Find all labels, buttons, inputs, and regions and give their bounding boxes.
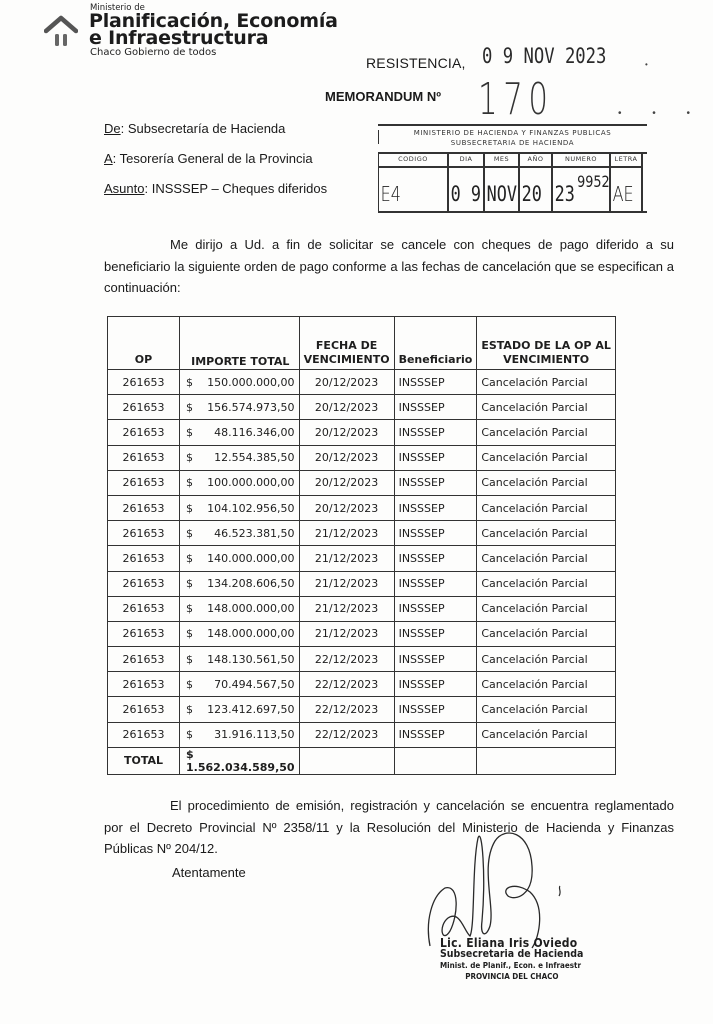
- cell-op: 261653: [108, 420, 180, 445]
- cell-importe: $148.000.000,00: [180, 621, 300, 646]
- stamp-col-value: 0 9: [449, 168, 476, 206]
- cell-op: 261653: [108, 571, 180, 596]
- cell-beneficiario: INSSSEP: [394, 445, 477, 470]
- cell-estado: Cancelación Parcial: [477, 521, 616, 546]
- cell-estado: Cancelación Parcial: [477, 571, 616, 596]
- cell-importe: $46.523.381,50: [180, 521, 300, 546]
- col-header-fecha: FECHA DEVENCIMIENTO: [299, 317, 394, 370]
- memo-number: 170: [478, 74, 554, 125]
- empty-cell: [394, 747, 477, 774]
- cell-beneficiario: INSSSEP: [394, 395, 477, 420]
- stamp-col-anio: AÑO 20: [518, 154, 551, 212]
- ministry-name: Planificación, Economía e Infraestructur…: [89, 13, 338, 47]
- currency-symbol: $: [186, 678, 193, 691]
- cell-op: 261653: [108, 445, 180, 470]
- cell-op: 261653: [108, 697, 180, 722]
- amount-value: 48.116.346,00: [214, 426, 294, 439]
- table-row: 261653$148.130.561,5022/12/2023INSSSEPCa…: [108, 647, 616, 672]
- amount-value: 104.102.956,50: [207, 502, 294, 515]
- cell-fecha: 21/12/2023: [299, 546, 394, 571]
- stamp-col-header: AÑO: [520, 154, 551, 168]
- amount-value: 148.130.561,50: [207, 653, 294, 666]
- stamp-col-value: 20: [520, 168, 545, 206]
- table-row: 261653$140.000.000,0021/12/2023INSSSEPCa…: [108, 546, 616, 571]
- stamp-title: MINISTERIO DE HACIENDA Y FINANZAS PUBLIC…: [378, 128, 647, 148]
- amount-value: 46.523.381,50: [214, 527, 294, 540]
- cell-beneficiario: INSSSEP: [394, 495, 477, 520]
- amount-value: 148.000.000,00: [207, 627, 294, 640]
- empty-cell: [299, 747, 394, 774]
- handwritten-signature: [420, 826, 580, 951]
- stamp-col-codigo: CODIGO E4: [378, 154, 447, 212]
- to-value: : Tesorería General de la Provincia: [113, 151, 313, 166]
- cell-fecha: 20/12/2023: [299, 445, 394, 470]
- stamp-col-value: E4: [379, 168, 433, 206]
- table-row: 261653$46.523.381,5021/12/2023INSSSEPCan…: [108, 521, 616, 546]
- cell-fecha: 20/12/2023: [299, 395, 394, 420]
- currency-symbol: $: [186, 527, 193, 540]
- amount-value: 12.554.385,50: [214, 451, 294, 464]
- table-row: 261653$123.412.697,5022/12/2023INSSSEPCa…: [108, 697, 616, 722]
- empty-cell: [477, 747, 616, 774]
- stamp-handwritten-number: 9952: [577, 172, 610, 191]
- subject-value: : INSSSEP – Cheques diferidos: [144, 181, 327, 196]
- cell-beneficiario: INSSSEP: [394, 596, 477, 621]
- col-header-estado-2: VENCIMIENTO: [481, 353, 611, 367]
- signer-title: Subsecretaria de Hacienda: [440, 949, 583, 960]
- amount-value: 150.000.000,00: [207, 376, 294, 389]
- currency-symbol: $: [186, 426, 193, 439]
- payment-orders-table: OP IMPORTE TOTAL FECHA DEVENCIMIENTO Ben…: [107, 316, 616, 775]
- cell-estado: Cancelación Parcial: [477, 445, 616, 470]
- cell-estado: Cancelación Parcial: [477, 621, 616, 646]
- stamp-title-line1: MINISTERIO DE HACIENDA Y FINANZAS PUBLIC…: [378, 128, 647, 138]
- intro-paragraph: Me dirijo a Ud. a fin de solicitar se ca…: [104, 234, 674, 299]
- amount-value: 70.494.567,50: [214, 678, 294, 691]
- procedure-text: El procedimiento de emisión, registració…: [104, 798, 674, 856]
- currency-symbol: $: [186, 577, 193, 590]
- cell-op: 261653: [108, 672, 180, 697]
- amount-value: 140.000.000,00: [207, 552, 294, 565]
- from-label: De: [104, 121, 121, 136]
- cell-fecha: 21/12/2023: [299, 596, 394, 621]
- stamp-col-value: AE: [611, 168, 635, 206]
- cell-fecha: 21/12/2023: [299, 621, 394, 646]
- cell-estado: Cancelación Parcial: [477, 495, 616, 520]
- city-label: RESISTENCIA,: [366, 55, 466, 71]
- closing-text: Atentamente: [172, 865, 246, 880]
- table-row: 261653$104.102.956,5020/12/2023INSSSEPCa…: [108, 495, 616, 520]
- table-row: 261653$12.554.385,5020/12/2023INSSSEPCan…: [108, 445, 616, 470]
- signer-ministry: Minist. de Planif., Econ. e Infraestr: [440, 960, 583, 971]
- to-line: A: Tesorería General de la Provincia: [104, 151, 313, 166]
- cell-estado: Cancelación Parcial: [477, 697, 616, 722]
- col-header-fecha-2: VENCIMIENTO: [304, 353, 390, 367]
- amount-value: 100.000.000,00: [207, 476, 294, 489]
- currency-symbol: $: [186, 627, 193, 640]
- cell-op: 261653: [108, 521, 180, 546]
- cell-beneficiario: INSSSEP: [394, 697, 477, 722]
- cell-op: 261653: [108, 495, 180, 520]
- cell-fecha: 20/12/2023: [299, 370, 394, 395]
- cell-op: 261653: [108, 470, 180, 495]
- stamp-col-header: NUMERO: [553, 154, 609, 168]
- cell-op: 261653: [108, 370, 180, 395]
- currency-symbol: $: [186, 748, 194, 761]
- amount-value: 31.916.113,50: [214, 728, 294, 741]
- amount-value: 148.000.000,00: [207, 602, 294, 615]
- table-header-row: OP IMPORTE TOTAL FECHA DEVENCIMIENTO Ben…: [108, 317, 616, 370]
- cell-fecha: 22/12/2023: [299, 722, 394, 747]
- stamp-title-line2: SUBSECRETARIA DE HACIENDA: [378, 138, 647, 148]
- stamp-col-header: CODIGO: [379, 154, 447, 168]
- cell-beneficiario: INSSSEP: [394, 420, 477, 445]
- cell-importe: $156.574.973,50: [180, 395, 300, 420]
- cell-estado: Cancelación Parcial: [477, 395, 616, 420]
- ministry-tagline: Chaco Gobierno de todos: [90, 47, 216, 58]
- cell-fecha: 22/12/2023: [299, 647, 394, 672]
- from-line: De: Subsecretaría de Hacienda: [104, 121, 285, 136]
- cell-estado: Cancelación Parcial: [477, 722, 616, 747]
- cell-beneficiario: INSSSEP: [394, 470, 477, 495]
- currency-symbol: $: [186, 401, 193, 414]
- stamp-col-header: LETRA: [611, 154, 641, 168]
- stamp-col-mes: MES NOV: [483, 154, 518, 212]
- stamp-col-header: DIA: [449, 154, 483, 168]
- currency-symbol: $: [186, 552, 193, 565]
- col-header-op: OP: [108, 317, 180, 370]
- currency-symbol: $: [186, 476, 193, 489]
- col-header-beneficiario: Beneficiario: [394, 317, 477, 370]
- registry-stamp: MINISTERIO DE HACIENDA Y FINANZAS PUBLIC…: [378, 124, 647, 213]
- currency-symbol: $: [186, 728, 193, 741]
- stamp-col-dia: DIA 0 9: [447, 154, 483, 212]
- total-label: TOTAL: [108, 747, 180, 774]
- currency-symbol: $: [186, 602, 193, 615]
- dot-marks: • • •: [618, 108, 704, 119]
- cell-estado: Cancelación Parcial: [477, 420, 616, 445]
- cell-fecha: 21/12/2023: [299, 571, 394, 596]
- cell-beneficiario: INSSSEP: [394, 722, 477, 747]
- stamp-col-numero: NUMERO 23 9952: [551, 154, 609, 212]
- cell-beneficiario: INSSSEP: [394, 571, 477, 596]
- cell-importe: $123.412.697,50: [180, 697, 300, 722]
- cell-estado: Cancelación Parcial: [477, 370, 616, 395]
- cell-importe: $134.208.606,50: [180, 571, 300, 596]
- cell-op: 261653: [108, 621, 180, 646]
- cell-beneficiario: INSSSEP: [394, 621, 477, 646]
- currency-symbol: $: [186, 451, 193, 464]
- to-label: A: [104, 151, 113, 166]
- stamp-col-header: MES: [485, 154, 518, 168]
- table-row: 261653$156.574.973,5020/12/2023INSSSEPCa…: [108, 395, 616, 420]
- cell-importe: $148.130.561,50: [180, 647, 300, 672]
- col-header-estado-1: ESTADO DE LA OP AL: [481, 339, 611, 353]
- table-total-row: TOTAL $1.562.034.589,50: [108, 747, 616, 774]
- cell-beneficiario: INSSSEP: [394, 546, 477, 571]
- signer-province: PROVINCIA DEL CHACO: [440, 971, 583, 982]
- col-header-fecha-1: FECHA DE: [304, 339, 390, 353]
- subject-line: Asunto: INSSSEP – Cheques diferidos: [104, 181, 327, 196]
- cell-importe: $48.116.346,00: [180, 420, 300, 445]
- cell-fecha: 20/12/2023: [299, 470, 394, 495]
- currency-symbol: $: [186, 703, 193, 716]
- currency-symbol: $: [186, 376, 193, 389]
- cell-importe: $100.000.000,00: [180, 470, 300, 495]
- ministry-name-line2: e Infraestructura: [89, 30, 338, 47]
- table-row: 261653$100.000.000,0020/12/2023INSSSEPCa…: [108, 470, 616, 495]
- amount-value: 123.412.697,50: [207, 703, 294, 716]
- cell-op: 261653: [108, 596, 180, 621]
- cell-beneficiario: INSSSEP: [394, 672, 477, 697]
- cell-importe: $12.554.385,50: [180, 445, 300, 470]
- col-header-estado: ESTADO DE LA OP ALVENCIMIENTO: [477, 317, 616, 370]
- currency-symbol: $: [186, 653, 193, 666]
- total-value: 1.562.034.589,50: [186, 761, 295, 774]
- cell-op: 261653: [108, 546, 180, 571]
- cell-importe: $148.000.000,00: [180, 596, 300, 621]
- cell-fecha: 21/12/2023: [299, 521, 394, 546]
- ministry-logo-icon: [44, 14, 78, 48]
- cell-estado: Cancelación Parcial: [477, 546, 616, 571]
- cell-importe: $140.000.000,00: [180, 546, 300, 571]
- cell-fecha: 22/12/2023: [299, 672, 394, 697]
- cell-estado: Cancelación Parcial: [477, 470, 616, 495]
- table-row: 261653$48.116.346,0020/12/2023INSSSEPCan…: [108, 420, 616, 445]
- col-header-importe: IMPORTE TOTAL: [180, 317, 300, 370]
- total-amount: $1.562.034.589,50: [180, 747, 300, 774]
- cell-importe: $104.102.956,50: [180, 495, 300, 520]
- cell-importe: $31.916.113,50: [180, 722, 300, 747]
- table-row: 261653$148.000.000,0021/12/2023INSSSEPCa…: [108, 621, 616, 646]
- date-stamp: 0 9 NOV 2023: [482, 44, 606, 68]
- stamp-col-letra: LETRA AE: [609, 154, 643, 212]
- cell-fecha: 22/12/2023: [299, 697, 394, 722]
- cell-estado: Cancelación Parcial: [477, 596, 616, 621]
- table-row: 261653$134.208.606,5021/12/2023INSSSEPCa…: [108, 571, 616, 596]
- intro-text: Me dirijo a Ud. a fin de solicitar se ca…: [104, 237, 674, 295]
- stamp-col-value: NOV: [485, 168, 511, 206]
- procedure-paragraph: El procedimiento de emisión, registració…: [104, 795, 674, 860]
- cell-estado: Cancelación Parcial: [477, 672, 616, 697]
- cell-importe: $150.000.000,00: [180, 370, 300, 395]
- cell-beneficiario: INSSSEP: [394, 370, 477, 395]
- cell-op: 261653: [108, 647, 180, 672]
- cell-op: 261653: [108, 722, 180, 747]
- from-value: : Subsecretaría de Hacienda: [121, 121, 286, 136]
- stamp-columns: CODIGO E4 DIA 0 9 MES NOV AÑO 20 NUMERO …: [378, 152, 647, 212]
- cell-importe: $70.494.567,50: [180, 672, 300, 697]
- subject-label: Asunto: [104, 181, 144, 196]
- amount-value: 156.574.973,50: [207, 401, 294, 414]
- cell-op: 261653: [108, 395, 180, 420]
- amount-value: 134.208.606,50: [207, 577, 294, 590]
- cell-estado: Cancelación Parcial: [477, 647, 616, 672]
- currency-symbol: $: [186, 502, 193, 515]
- cell-beneficiario: INSSSEP: [394, 521, 477, 546]
- cell-fecha: 20/12/2023: [299, 495, 394, 520]
- table-row: 261653$148.000.000,0021/12/2023INSSSEPCa…: [108, 596, 616, 621]
- cell-beneficiario: INSSSEP: [394, 647, 477, 672]
- table-row: 261653$70.494.567,5022/12/2023INSSSEPCan…: [108, 672, 616, 697]
- memo-label: MEMORANDUM Nº: [325, 89, 441, 104]
- signature-stamp: Lic. Eliana Iris Oviedo Subsecretaria de…: [440, 938, 599, 982]
- dot-mark: •: [645, 60, 648, 69]
- cell-fecha: 20/12/2023: [299, 420, 394, 445]
- table-row: 261653$150.000.000,0020/12/2023INSSSEPCa…: [108, 370, 616, 395]
- table-row: 261653$31.916.113,5022/12/2023INSSSEPCan…: [108, 722, 616, 747]
